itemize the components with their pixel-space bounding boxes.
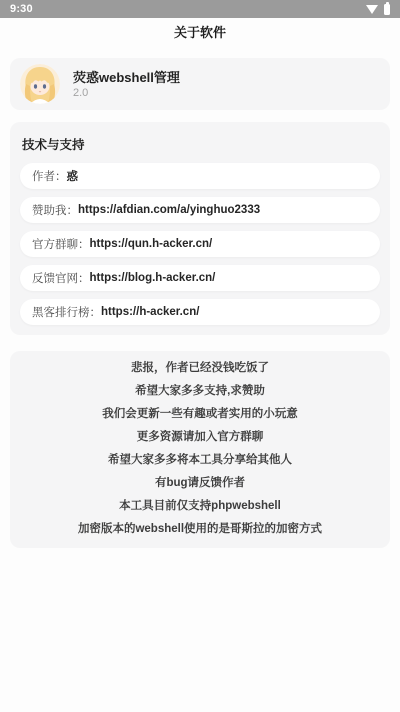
battery-icon <box>384 4 390 15</box>
author-label: 作者： <box>32 168 67 184</box>
author-row[interactable]: 作者： 惑 <box>20 163 380 189</box>
app-name: 荧惑webshell管理 <box>73 70 180 85</box>
status-time: 9:30 <box>10 3 33 15</box>
author-value: 惑 <box>67 168 79 184</box>
status-icons <box>366 4 390 15</box>
note-line: 希望大家多多支持,求赞助 <box>20 380 380 403</box>
group-chat-label: 官方群聊： <box>32 236 90 252</box>
note-line: 悲报，作者已经没钱吃饭了 <box>20 357 380 380</box>
note-line: 我们会更新一些有趣或者实用的小玩意 <box>20 403 380 426</box>
app-avatar <box>20 64 60 104</box>
note-line: 有bug请反馈作者 <box>20 472 380 495</box>
group-chat-link-row[interactable]: 官方群聊： https://qun.h-acker.cn/ <box>20 231 380 257</box>
app-bar: 关于软件 <box>0 18 400 44</box>
note-line: 更多资源请加入官方群聊 <box>20 426 380 449</box>
note-line: 希望大家多多将本工具分享给其他人 <box>20 449 380 472</box>
anime-girl-avatar-image <box>20 64 60 104</box>
app-version: 2.0 <box>73 87 180 99</box>
status-bar: 9:30 <box>0 0 400 18</box>
sponsor-link-row[interactable]: 赞助我： https://afdian.com/a/yinghuo2333 <box>20 197 380 223</box>
support-card: 技术与支持 作者： 惑 赞助我： https://afdian.com/a/yi… <box>10 122 390 335</box>
sponsor-url: https://afdian.com/a/yinghuo2333 <box>78 204 260 216</box>
page-title: 关于软件 <box>174 22 226 41</box>
app-info-card: 荧惑webshell管理 2.0 <box>10 58 390 110</box>
support-heading: 技术与支持 <box>22 135 378 153</box>
feedback-site-label: 反馈官网： <box>32 270 90 286</box>
hacker-ranking-url: https://h-acker.cn/ <box>101 306 199 318</box>
feedback-site-url: https://blog.h-acker.cn/ <box>90 272 216 284</box>
notes-card: 悲报，作者已经没钱吃饭了 希望大家多多支持,求赞助 我们会更新一些有趣或者实用的… <box>10 351 390 548</box>
note-line: 加密版本的webshell使用的是哥斯拉的加密方式 <box>20 518 380 541</box>
group-chat-url: https://qun.h-acker.cn/ <box>90 238 213 250</box>
app-identity: 荧惑webshell管理 2.0 <box>73 70 180 99</box>
feedback-site-link-row[interactable]: 反馈官网： https://blog.h-acker.cn/ <box>20 265 380 291</box>
sponsor-label: 赞助我： <box>32 202 78 218</box>
hacker-ranking-link-row[interactable]: 黑客排行榜： https://h-acker.cn/ <box>20 299 380 325</box>
wifi-icon <box>366 5 378 14</box>
note-line: 本工具目前仅支持phpwebshell <box>20 495 380 518</box>
hacker-ranking-label: 黑客排行榜： <box>32 304 101 320</box>
